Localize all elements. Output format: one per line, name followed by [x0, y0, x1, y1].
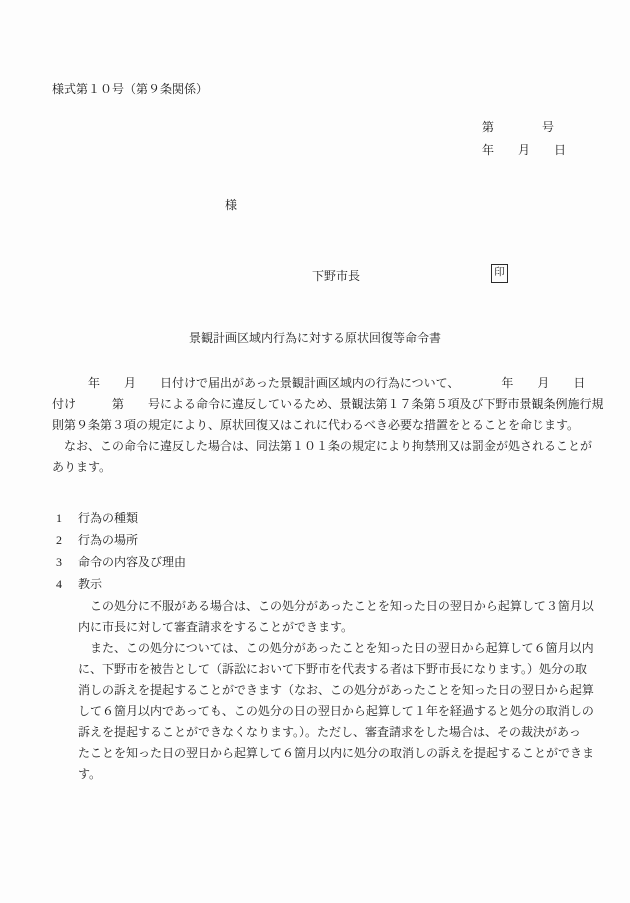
seal-stamp: 印 — [491, 264, 508, 283]
list-item: 3命令の内容及び理由 — [56, 551, 596, 573]
instruction-line: して６箇月以内であっても、この処分の日の翌日から起算して１年を経過すると処分の取… — [78, 701, 590, 722]
list-item-label: 命令の内容及び理由 — [78, 555, 186, 569]
instruction-line: 訴えを提起することができなくなります。）。ただし、審査請求をした場合は、その裁決… — [78, 722, 590, 743]
list-item-number: 4 — [56, 573, 78, 595]
list-item-number: 3 — [56, 551, 78, 573]
body-line: 年 月 日付けで届出があった景観計画区域内の行為について、 年 月 日 — [52, 373, 592, 394]
list-item-label: 行為の場所 — [78, 533, 138, 547]
seal-character: 印 — [494, 268, 505, 279]
instruction-line: に、下野市を被告として（訴訟において下野市を代表する者は下野市長になります。）処… — [78, 659, 590, 680]
instruction-line: この処分に不服がある場合は、この処分があったことを知った日の翌日から起算して３箇… — [78, 596, 590, 617]
document-title: 景観計画区域内行為に対する原状回復等命令書 — [0, 329, 630, 346]
document-page: 様式第１０号（第９条関係） 第 号 年 月 日 様 下野市長 印 景観計画区域内… — [0, 0, 630, 903]
document-number-line: 第 号 — [482, 118, 554, 135]
list-item-number: 1 — [56, 507, 78, 529]
body-line: あります。 — [52, 457, 592, 478]
instruction-paragraphs: この処分に不服がある場合は、この処分があったことを知った日の翌日から起算して３箇… — [78, 596, 590, 785]
instruction-line: また、この処分については、この処分があったことを知った日の翌日から起算して６箇月… — [78, 638, 590, 659]
body-line: 付け 第 号による命令に違反しているため、景観法第１７条第５項及び下野市景観条例… — [52, 394, 592, 415]
document-date-line: 年 月 日 — [482, 141, 566, 158]
list-item-number: 2 — [56, 529, 78, 551]
body-line: 則第９条第３項の規定により、原状回復又はこれに代わるべき必要な措置をとることを命… — [52, 415, 592, 436]
list-item-label: 行為の種類 — [78, 511, 138, 525]
instruction-line: たことを知った日の翌日から起算して６箇月以内に処分の取消しの訴えを提起することが… — [78, 743, 590, 764]
addressee-suffix: 様 — [225, 196, 237, 213]
body-line: なお、この命令に違反した場合は、同法第１０１条の規定により拘禁刑又は罰金が処され… — [52, 436, 592, 457]
instruction-line: 消しの訴えを提起することができます（なお、この処分があったことを知った日の翌日か… — [78, 680, 590, 701]
list-item: 2行為の場所 — [56, 529, 596, 551]
sender-name: 下野市長 — [312, 267, 360, 284]
list-item-label: 教示 — [78, 577, 102, 591]
list-item: 4教示 — [56, 573, 596, 595]
body-paragraph: 年 月 日付けで届出があった景観計画区域内の行為について、 年 月 日 付け 第… — [52, 373, 592, 478]
form-number: 様式第１０号（第９条関係） — [52, 80, 208, 97]
instruction-line: す。 — [78, 764, 590, 785]
instruction-line: 内に市長に対して審査請求をすることができます。 — [78, 617, 590, 638]
list-item: 1行為の種類 — [56, 507, 596, 529]
numbered-list: 1行為の種類 2行為の場所 3命令の内容及び理由 4教示 — [56, 507, 596, 595]
